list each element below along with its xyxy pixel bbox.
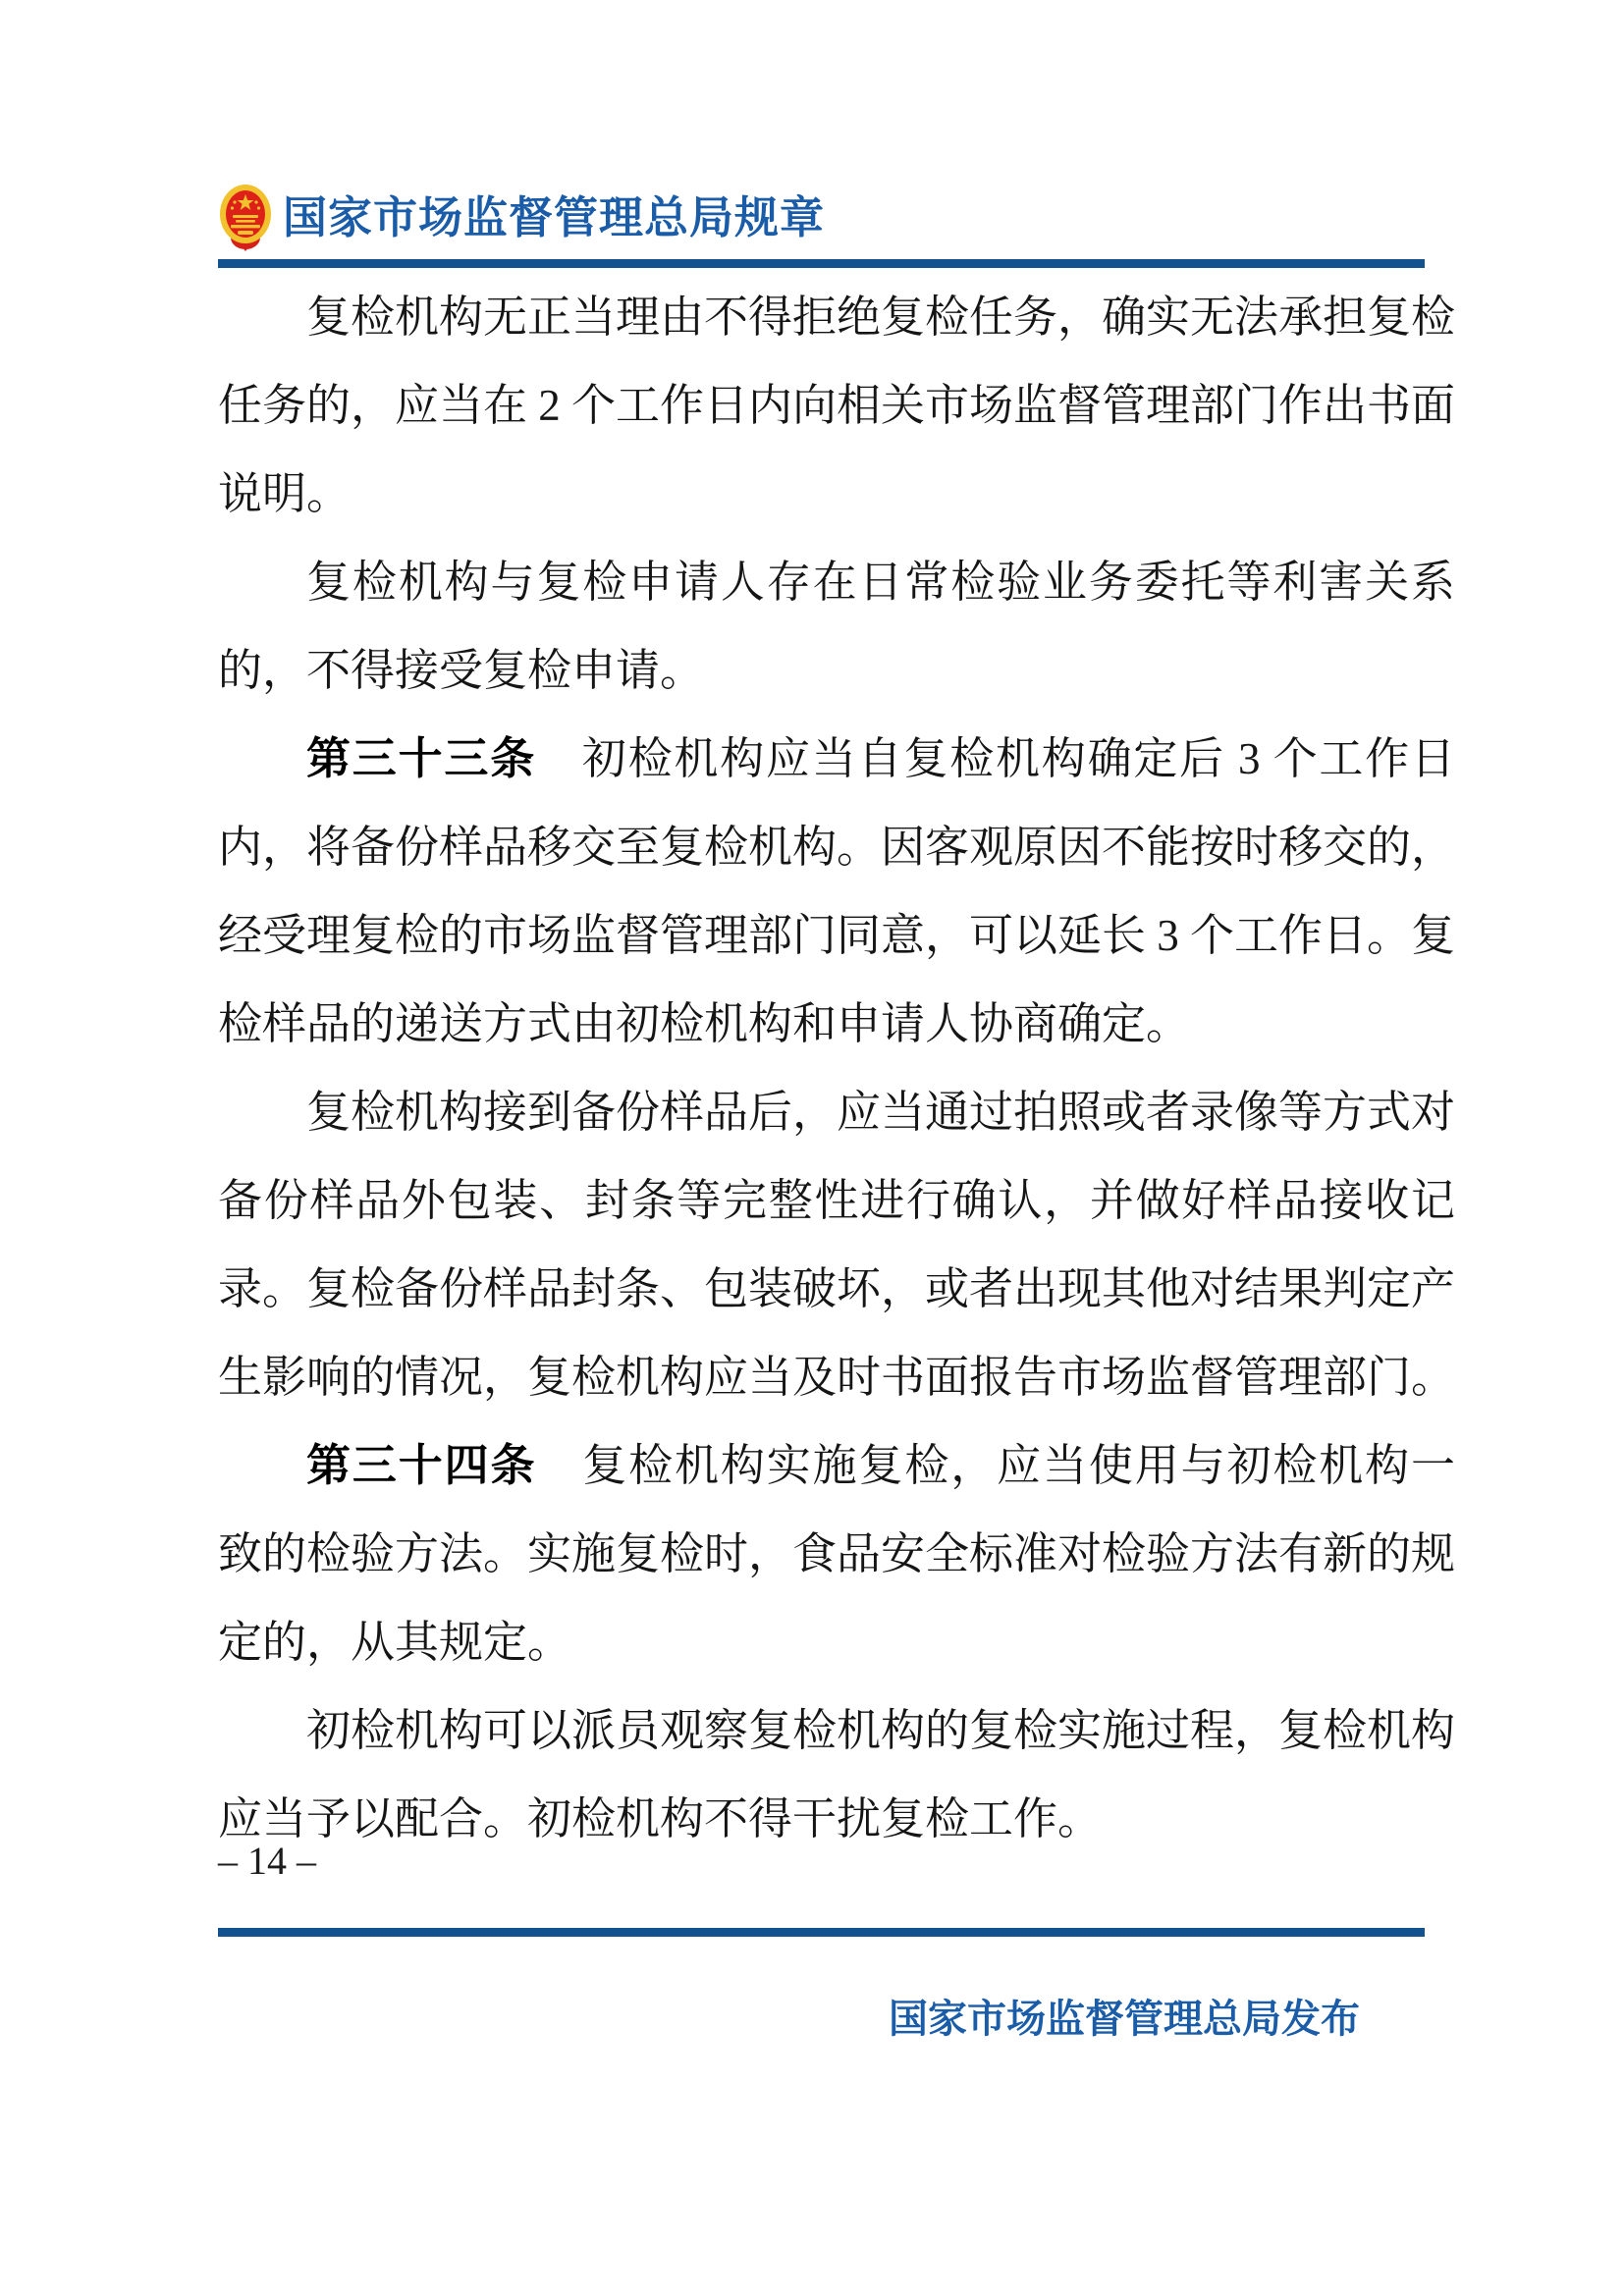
document-header-title: 国家市场监督管理总局规章: [283, 195, 825, 240]
body-paragraph: 第三十三条 初检机构应当自复检机构确定后 3 个工作日内，将备份样品移交至复检机…: [218, 715, 1455, 1068]
footer-rule: [218, 1928, 1425, 1937]
page-number: – 14 –: [218, 1838, 316, 1885]
document-page: 国家市场监督管理总局规章 复检机构无正当理由不得拒绝复检任务，确实无法承担复检任…: [0, 0, 1624, 2296]
national-emblem-icon: [218, 183, 273, 251]
body-paragraph: 初检机构可以派员观察复检机构的复检实施过程，复检机构应当予以配合。初检机构不得干…: [218, 1686, 1455, 1863]
publisher-line: 国家市场监督管理总局发布: [889, 1995, 1360, 2044]
document-body: 复检机构无正当理由不得拒绝复检任务，确实无法承担复检任务的，应当在 2 个工作日…: [218, 273, 1455, 1863]
document-header: 国家市场监督管理总局规章: [218, 181, 825, 253]
body-paragraph: 第三十四条 复检机构实施复检，应当使用与初检机构一致的检验方法。实施复检时，食品…: [218, 1421, 1455, 1686]
paragraph-text: 复检机构无正当理由不得拒绝复检任务，确实无法承担复检任务的，应当在 2 个工作日…: [218, 293, 1455, 518]
body-paragraph: 复检机构与复检申请人存在日常检验业务委托等利害关系的，不得接受复检申请。: [218, 538, 1455, 715]
paragraph-text: 复检机构与复检申请人存在日常检验业务委托等利害关系的，不得接受复检申请。: [218, 558, 1455, 695]
body-paragraph: 复检机构无正当理由不得拒绝复检任务，确实无法承担复检任务的，应当在 2 个工作日…: [218, 273, 1455, 538]
paragraph-text: 复检机构接到备份样品后，应当通过拍照或者录像等方式对备份样品外包装、封条等完整性…: [218, 1088, 1455, 1402]
article-number: 第三十四条: [306, 1440, 536, 1490]
body-paragraph: 复检机构接到备份样品后，应当通过拍照或者录像等方式对备份样品外包装、封条等完整性…: [218, 1068, 1455, 1421]
article-number: 第三十三条: [306, 733, 536, 783]
paragraph-text: 初检机构可以派员观察复检机构的复检实施过程，复检机构应当予以配合。初检机构不得干…: [218, 1706, 1455, 1843]
header-rule: [218, 259, 1425, 268]
